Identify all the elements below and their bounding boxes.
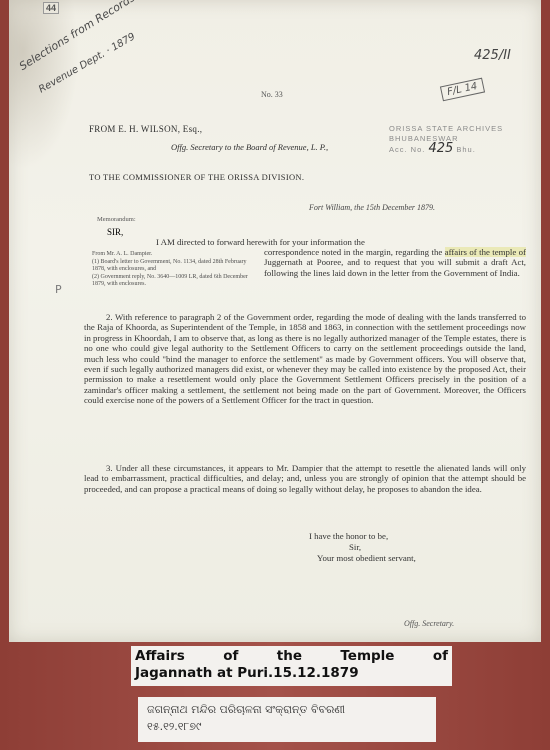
paragraph-2: 2. With reference to paragraph 2 of the … bbox=[84, 312, 526, 406]
to-line: TO THE COMMISSIONER OF THE ORISSA DIVISI… bbox=[89, 172, 304, 182]
archive-stamp: ORISSA STATE ARCHIVES BHUBANESWAR Acc. N… bbox=[389, 124, 529, 155]
caption-odia: ଜଗନ୍ନାଥ ମନ୍ଦିର ପରିଚାଳନା ସଂକ୍ରାନ୍ତ ବିବରଣୀ… bbox=[138, 697, 436, 742]
closing: I have the honor to be, Sir, Your most o… bbox=[309, 531, 416, 564]
pencil-mark: P bbox=[55, 283, 62, 296]
reference-number: 425/II bbox=[474, 48, 511, 63]
from-title: Offg. Secretary to the Board of Revenue,… bbox=[171, 142, 328, 152]
from-line: FROM E. H. WILSON, Esq., bbox=[89, 124, 202, 134]
document-number: No. 33 bbox=[261, 90, 283, 99]
salutation: SIR, bbox=[107, 227, 123, 237]
paragraph-1-continued: correspondence noted in the margin, rega… bbox=[264, 247, 526, 278]
margin-notes: From Mr. A. L. Dampier. (1) Board's lett… bbox=[92, 251, 257, 289]
enclosure-label: Memorandum: bbox=[97, 216, 136, 223]
page-number: 44 bbox=[43, 2, 59, 14]
highlighted-text: affairs of the temple of bbox=[445, 247, 526, 257]
date-line: Fort William, the 15th December 1879. bbox=[309, 203, 435, 212]
caption-english: Affairs of the Temple of Jagannath at Pu… bbox=[131, 646, 452, 686]
archival-letter: 44 Selections from Records Revenue Dept.… bbox=[9, 0, 541, 642]
archive-number: 425 bbox=[428, 141, 453, 156]
paragraph-3: 3. Under all these circumstances, it app… bbox=[84, 463, 526, 494]
opening-line: I AM directed to forward herewith for yo… bbox=[156, 237, 526, 247]
signoff: Offg. Secretary. bbox=[404, 619, 454, 628]
file-stamp: F/L 14 bbox=[440, 78, 485, 102]
